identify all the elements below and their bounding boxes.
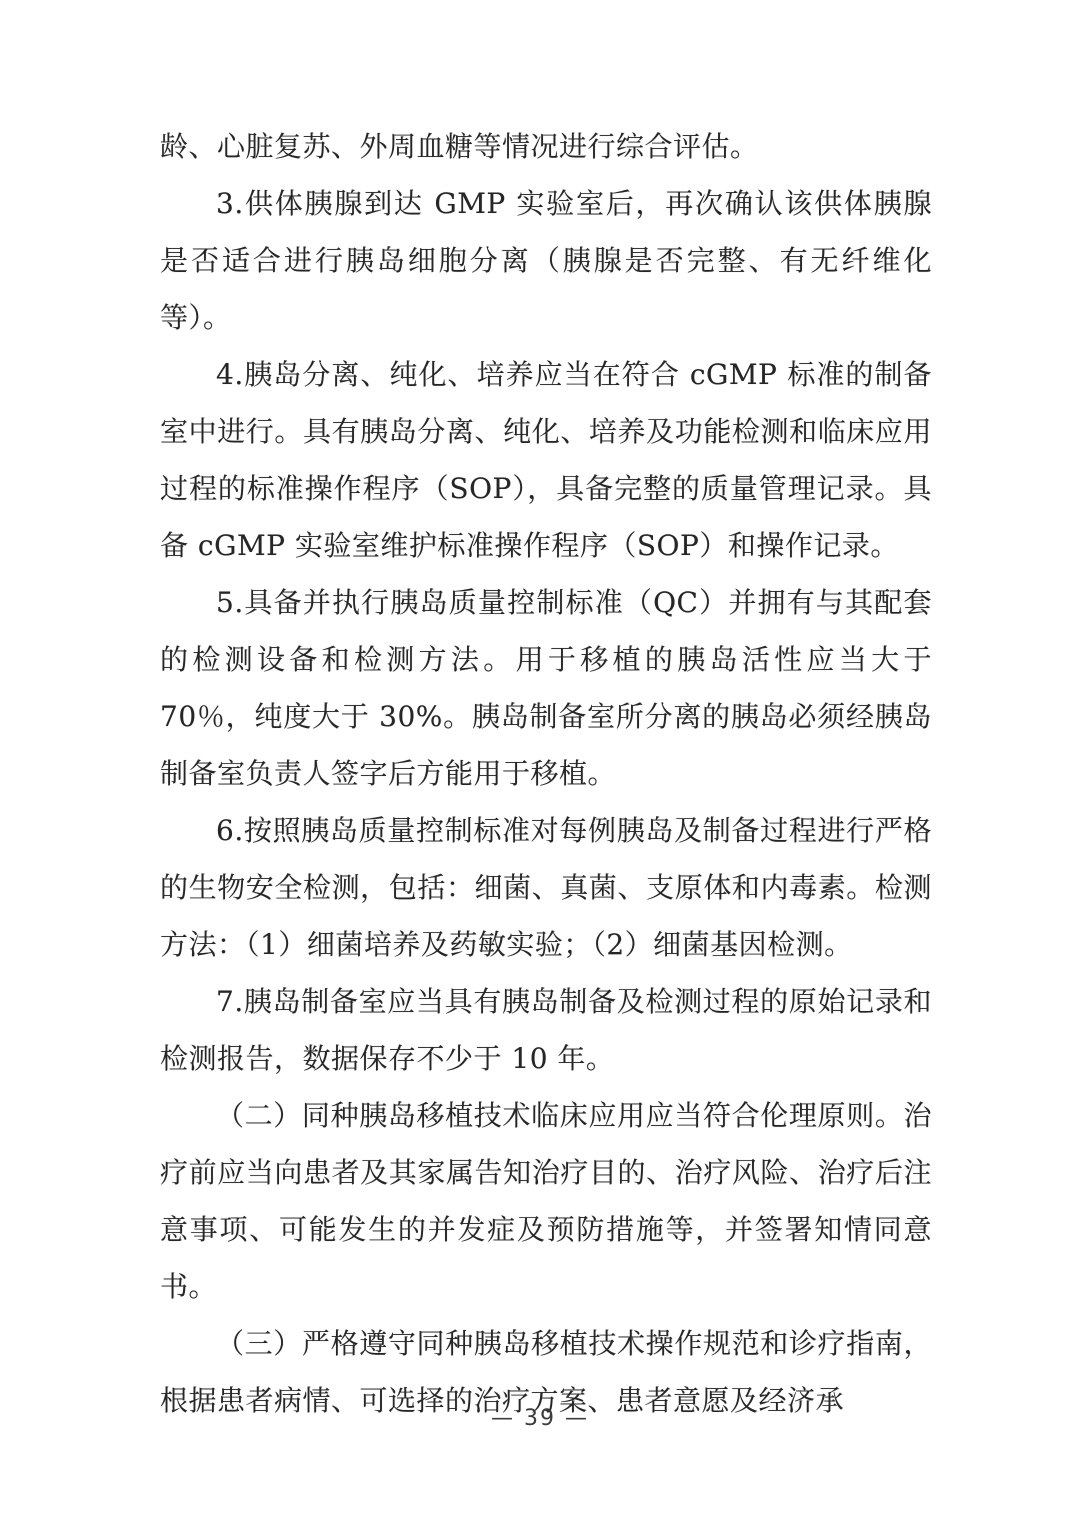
paragraph-continuation: 龄、心脏复苏、外周血糖等情况进行综合评估。 [160,118,932,175]
paragraph-item-7: 7.胰岛制备室应当具有胰岛制备及检测过程的原始记录和检测报告，数据保存不少于 1… [160,973,932,1087]
paragraph-section-2: （二）同种胰岛移植技术临床应用应当符合伦理原则。治疗前应当向患者及其家属告知治疗… [160,1087,932,1315]
page-body-text: 龄、心脏复苏、外周血糖等情况进行综合评估。 3.供体胰腺到达 GMP 实验室后，… [160,118,932,1429]
document-page: 龄、心脏复苏、外周血糖等情况进行综合评估。 3.供体胰腺到达 GMP 实验室后，… [0,0,1080,1526]
paragraph-item-6: 6.按照胰岛质量控制标准对每例胰岛及制备过程进行严格的生物安全检测，包括：细菌、… [160,802,932,973]
paragraph-item-3: 3.供体胰腺到达 GMP 实验室后，再次确认该供体胰腺是否适合进行胰岛细胞分离（… [160,175,932,346]
paragraph-item-4: 4.胰岛分离、纯化、培养应当在符合 cGMP 标准的制备室中进行。具有胰岛分离、… [160,346,932,574]
paragraph-item-5: 5.具备并执行胰岛质量控制标准（QC）并拥有与其配套的检测设备和检测方法。用于移… [160,574,932,802]
page-number: — 39 — [0,1406,1080,1431]
